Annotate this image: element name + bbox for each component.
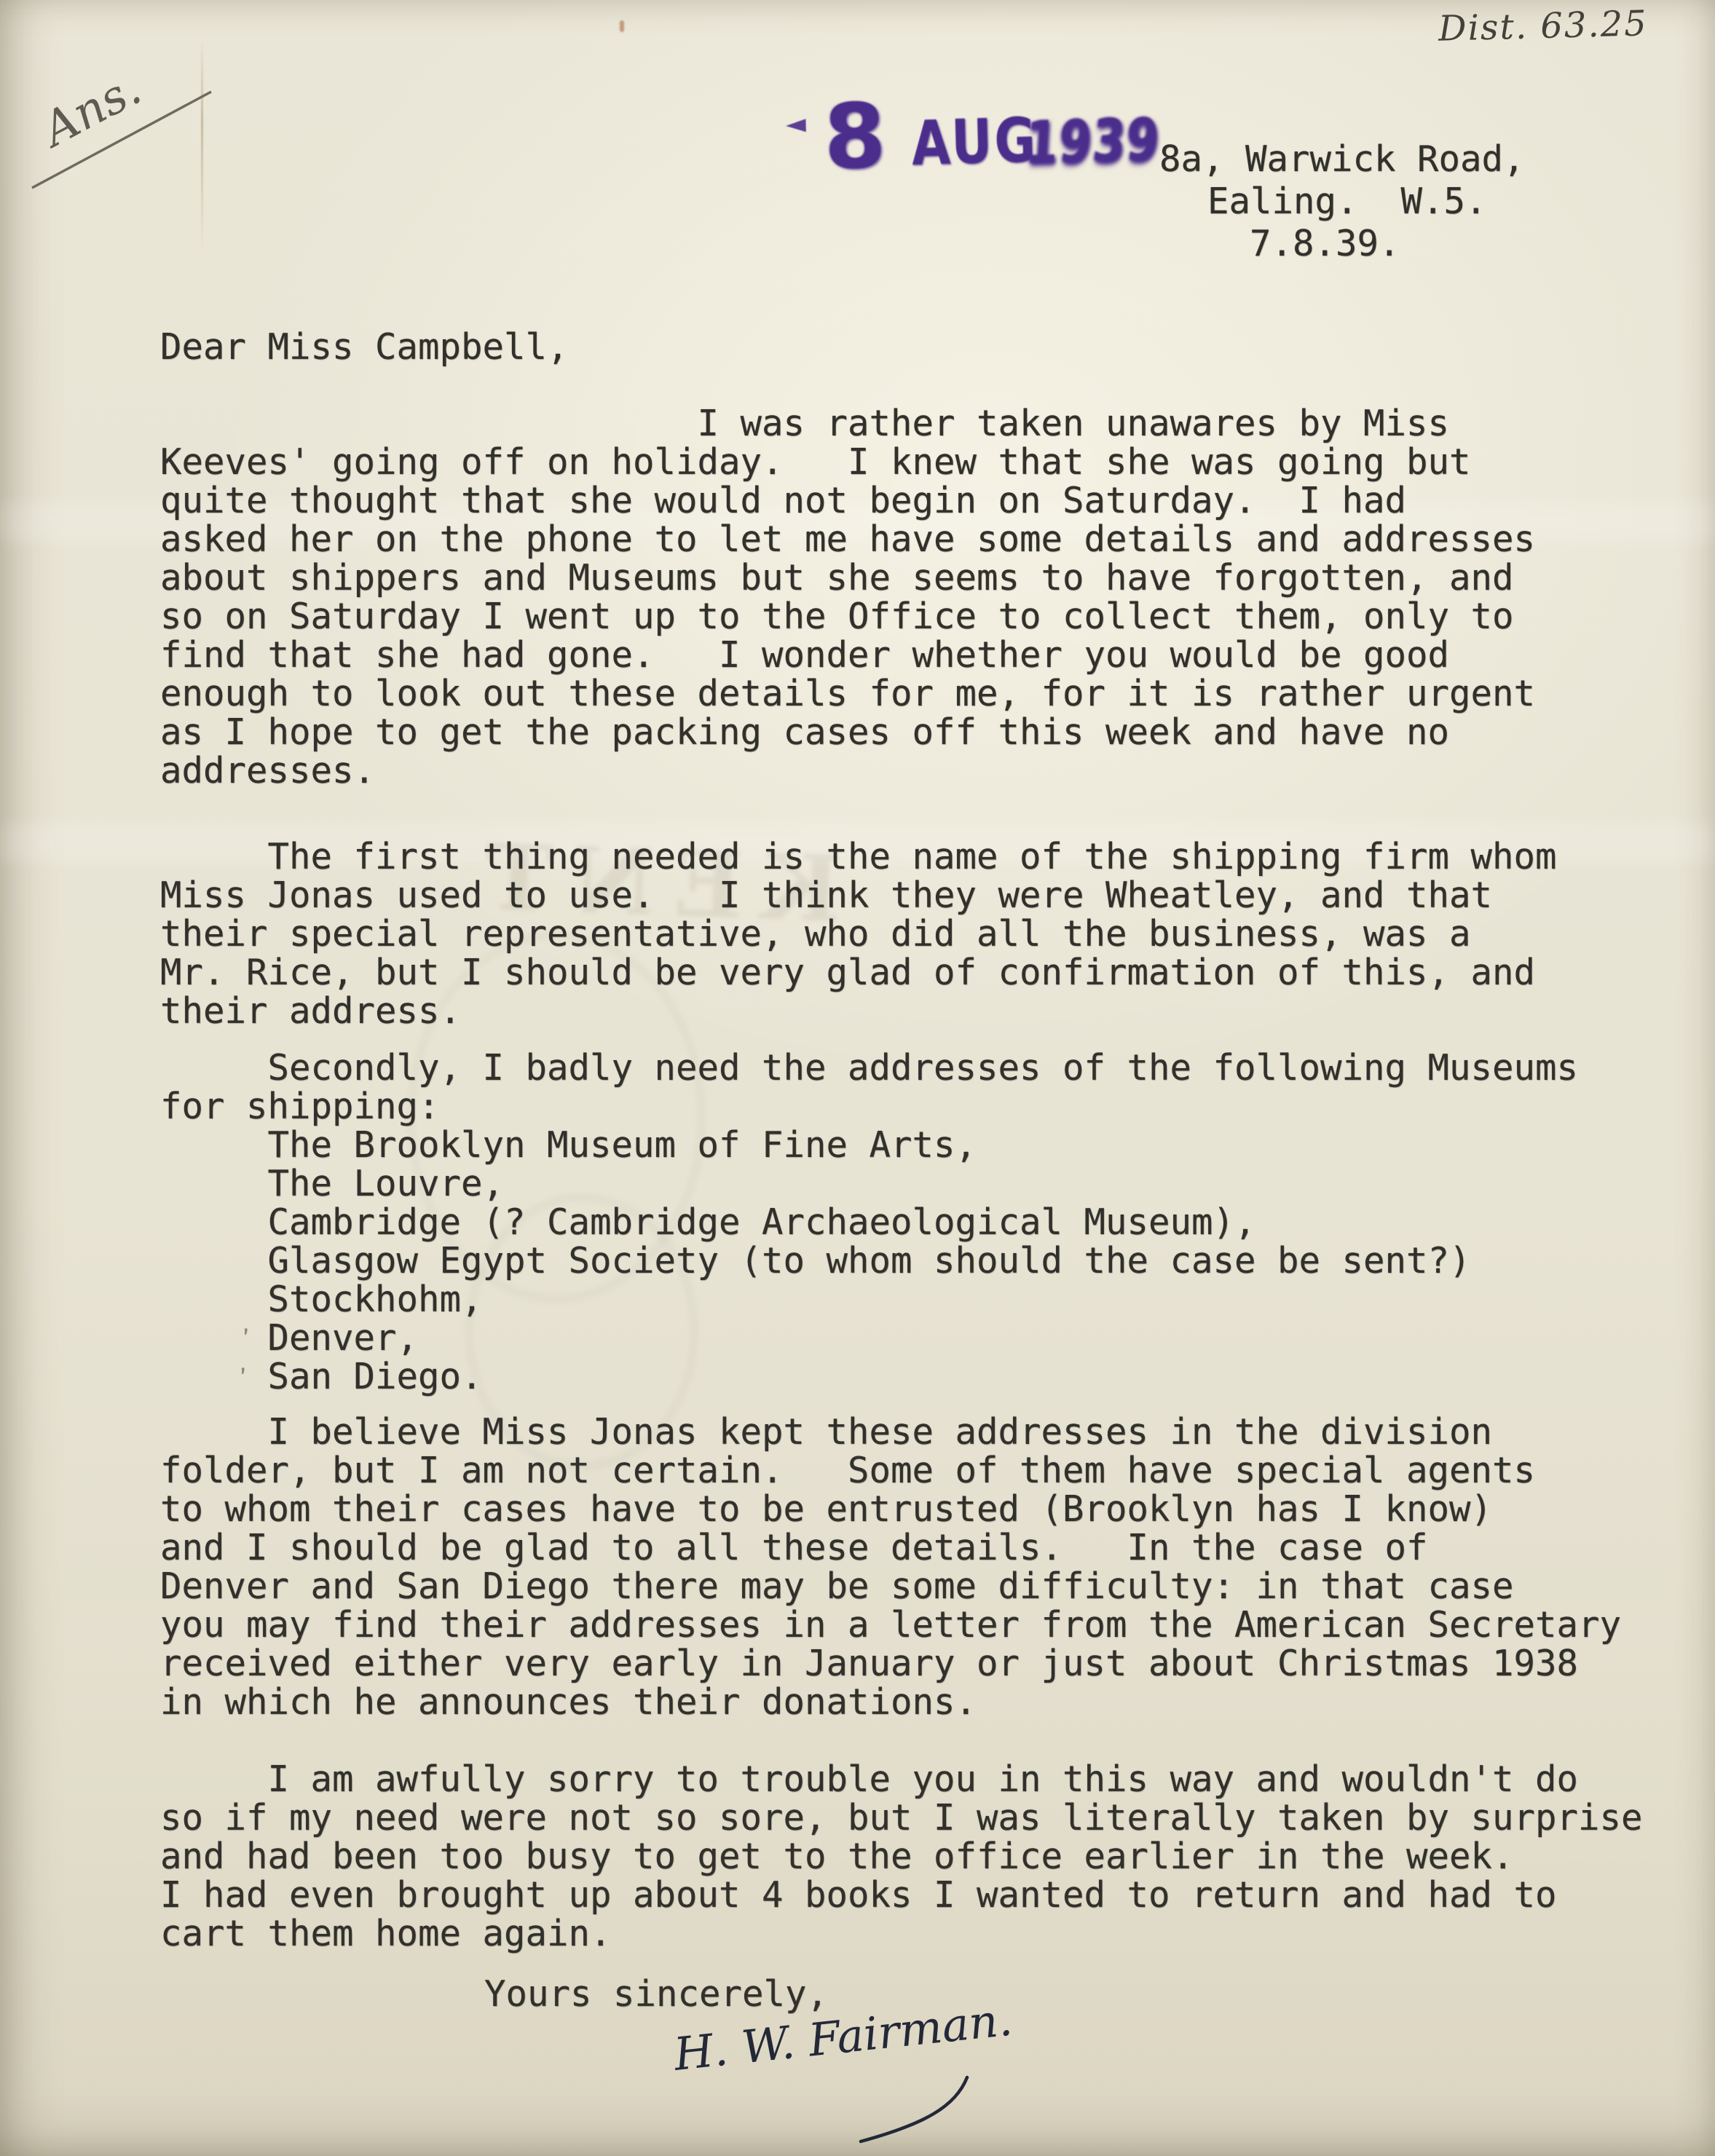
signature-group: H. W. Fairman. — [626, 1999, 1107, 2156]
paragraph-4: I believe Miss Jonas kept these addresse… — [160, 1413, 1621, 1721]
stamp-arrow-mark: ◄ — [786, 111, 807, 138]
paragraph-1: I was rather taken unawares by Miss Keev… — [160, 404, 1535, 790]
answered-annotation-group: Ans. — [16, 58, 234, 204]
salutation: Dear Miss Campbell, — [160, 328, 569, 366]
signature: H. W. Fairman. — [671, 1999, 1015, 2081]
answered-annotation: Ans. — [31, 62, 149, 159]
sender-address-line2: Ealing. W.5. — [1207, 182, 1487, 221]
letter-page: KENT Dist. 63.25 Ans. ◄ 8 AUG 1939 8a, W… — [0, 0, 1715, 2156]
stamp-day: 8 — [823, 92, 887, 182]
paper-speck — [620, 20, 624, 32]
paragraph-5: I am awfully sorry to trouble you in thi… — [160, 1760, 1643, 1953]
letter-date: 7.8.39. — [1250, 224, 1400, 263]
date-received-stamp: ◄ 8 AUG 1939 — [785, 82, 1196, 217]
signature-flourish — [861, 2077, 967, 2141]
paragraph-3-museum-list: Secondly, I badly need the addresses of … — [160, 1049, 1578, 1396]
reference-number: Dist. 63.25 — [1438, 3, 1648, 50]
stamp-year: 1939 — [1024, 111, 1162, 173]
paragraph-2: The first thing needed is the name of th… — [160, 837, 1557, 1030]
stamp-month: AUG — [911, 109, 1039, 174]
sender-address-line1: 8a, Warwick Road, — [1159, 140, 1525, 178]
